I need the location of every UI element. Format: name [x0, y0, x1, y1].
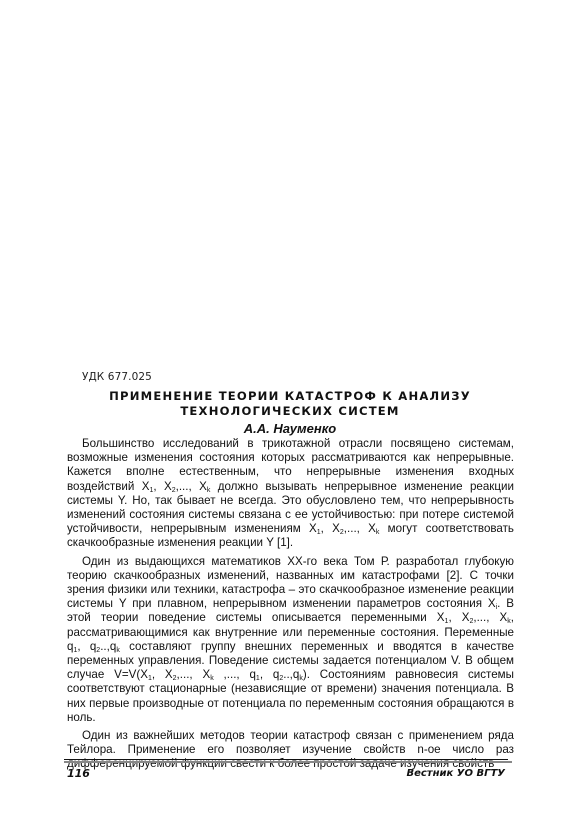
footer-rule — [64, 759, 508, 760]
text-run: Один из выдающихся математиков XX-го век… — [67, 555, 514, 611]
author-name: А.А. Науменко — [64, 421, 516, 436]
page-number: 116 — [67, 767, 90, 780]
udk-code: УДК 677.025 — [82, 371, 152, 383]
footer-rule-shadow — [64, 761, 512, 763]
document-page: УДК 677.025 ПРИМЕНЕНИЕ ТЕОРИИ КАТАСТРОФ … — [0, 0, 580, 820]
article-body: Большинство исследований в трикотажной о… — [67, 437, 514, 776]
paragraph-1: Большинство исследований в трикотажной о… — [67, 437, 514, 551]
journal-name: Вестник УО ВГТУ — [406, 768, 505, 779]
paragraph-3: Один из важнейших методов теории катастр… — [67, 729, 514, 772]
paragraph-2: Один из выдающихся математиков XX-го век… — [67, 555, 514, 725]
title-line-1: ПРИМЕНЕНИЕ ТЕОРИИ КАТАСТРОФ К АНАЛИЗУ — [64, 389, 516, 404]
article-title: ПРИМЕНЕНИЕ ТЕОРИИ КАТАСТРОФ К АНАЛИЗУ ТЕ… — [64, 389, 516, 419]
title-line-2: ТЕХНОЛОГИЧЕСКИХ СИСТЕМ — [64, 404, 516, 419]
